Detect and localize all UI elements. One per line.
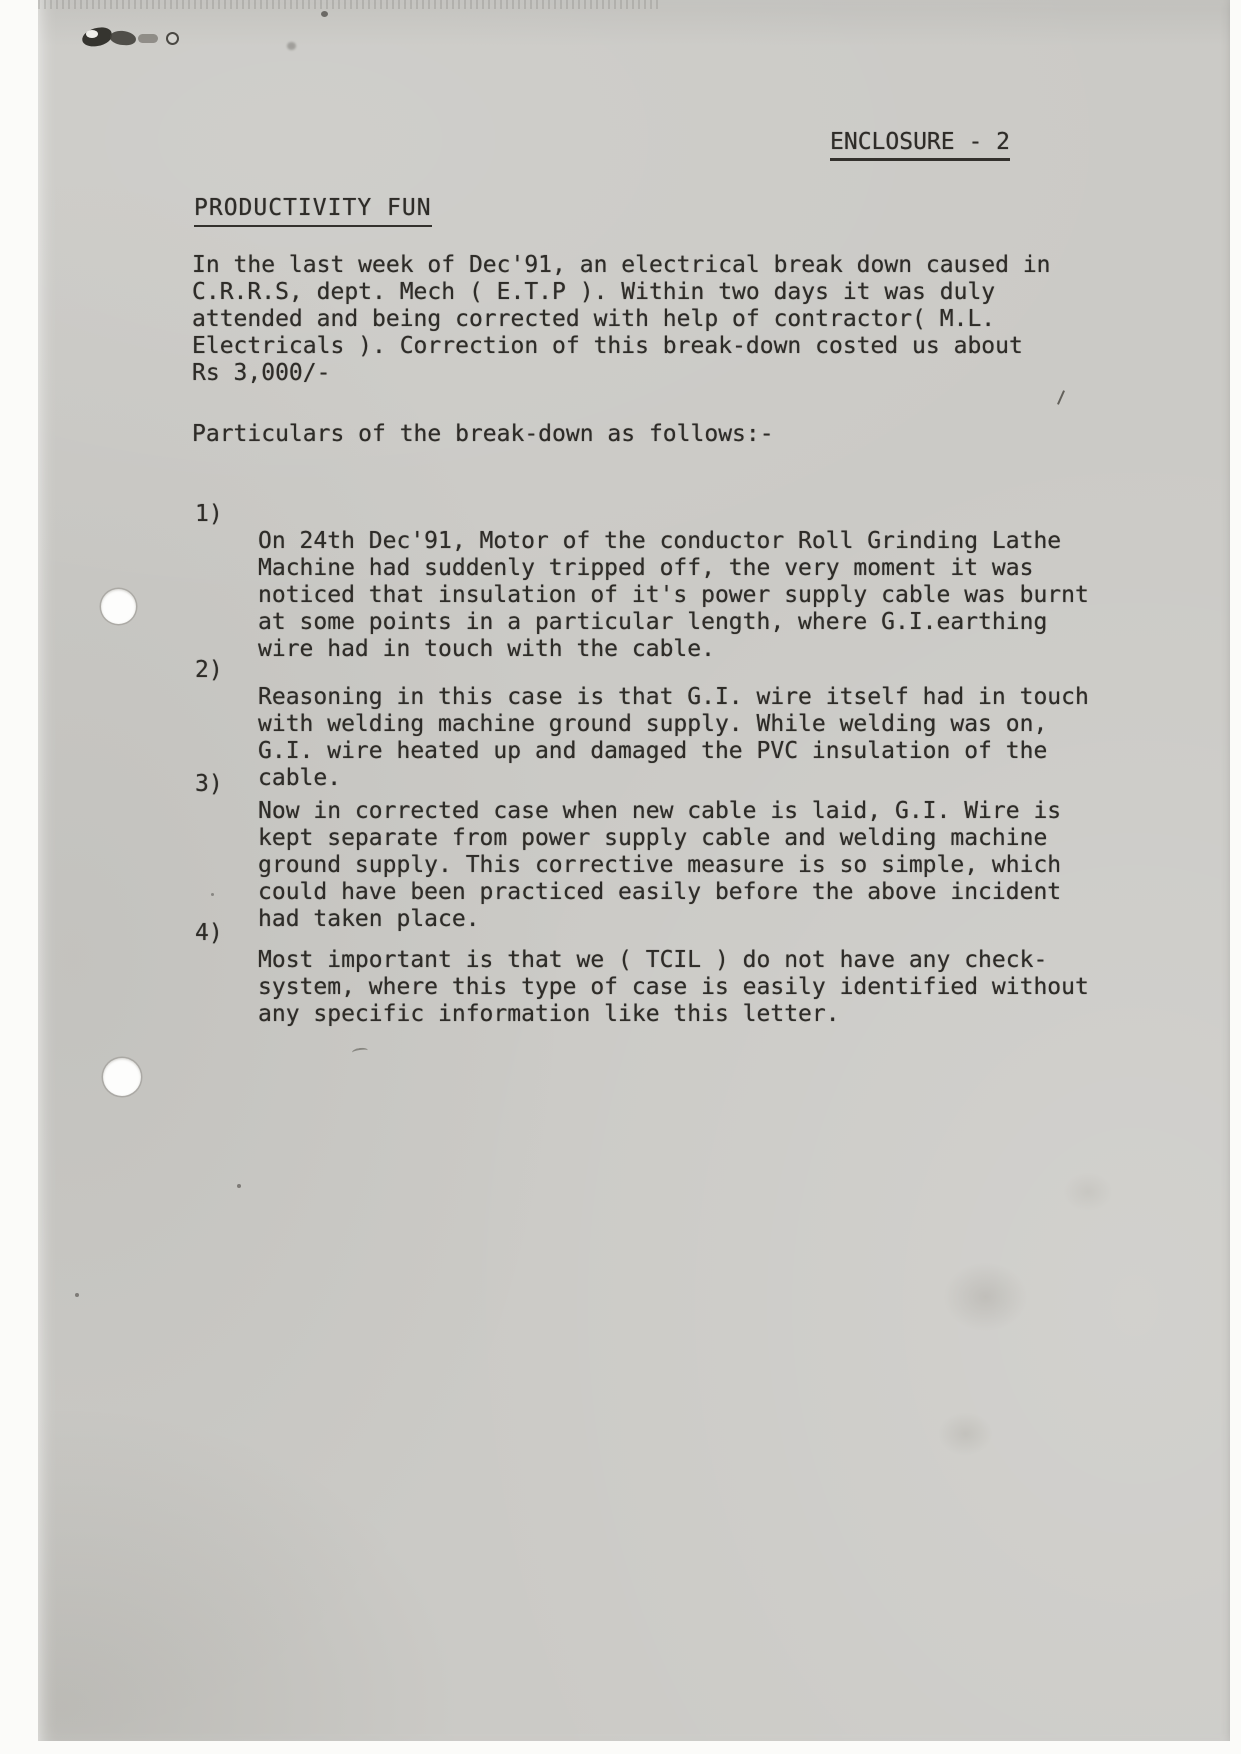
smudge-blob [81, 26, 113, 48]
smudge-ring [166, 32, 179, 45]
list-item-text: Most important is that we ( TCIL ) do no… [258, 947, 1158, 1028]
scanned-paper-sheet: ENCLOSURE - 2 PRODUCTIVITY FUN In the la… [38, 0, 1230, 1741]
list-item-number: 2) [195, 657, 223, 684]
scan-speck [75, 1293, 79, 1297]
list-item-number: 4) [195, 920, 223, 947]
list-item: 4) Most important is that we ( TCIL ) do… [38, 893, 1230, 974]
stray-pen-mark [1057, 390, 1065, 405]
intro-paragraph: In the last week of Dec'91, an electrica… [192, 252, 1092, 387]
particulars-heading: Particulars of the break-down as follows… [192, 421, 1092, 448]
paper-stain [943, 1262, 1028, 1332]
enclosure-label: ENCLOSURE - 2 [830, 129, 1010, 161]
smudge-highlight [86, 30, 98, 38]
list-item: 1) On 24th Dec'91, Motor of the conducto… [38, 474, 1230, 555]
scan-speck [287, 42, 296, 50]
scan-speck [321, 11, 328, 17]
list-item-number: 3) [195, 771, 223, 798]
scan-speck [237, 1184, 241, 1188]
list-item-number: 1) [195, 501, 223, 528]
list-item: 3) Now in corrected case when new cable … [38, 744, 1230, 825]
scan-noise-band [38, 0, 658, 9]
document-title-wrap: PRODUCTIVITY FUN [194, 168, 432, 227]
punch-hole [103, 1058, 141, 1096]
list-item: 2) Reasoning in this case is that G.I. w… [38, 630, 1230, 711]
stray-pencil-mark [352, 1047, 369, 1056]
ink-smudge-artifact [80, 22, 200, 52]
paper-stain [938, 1412, 993, 1456]
enclosure-label-wrap: ENCLOSURE - 2 [830, 102, 1010, 161]
punch-hole [101, 589, 136, 624]
document-title: PRODUCTIVITY FUN [194, 195, 432, 227]
smudge-dash [138, 34, 158, 43]
smudge-blob [110, 30, 137, 46]
paper-stain [1063, 1172, 1113, 1212]
